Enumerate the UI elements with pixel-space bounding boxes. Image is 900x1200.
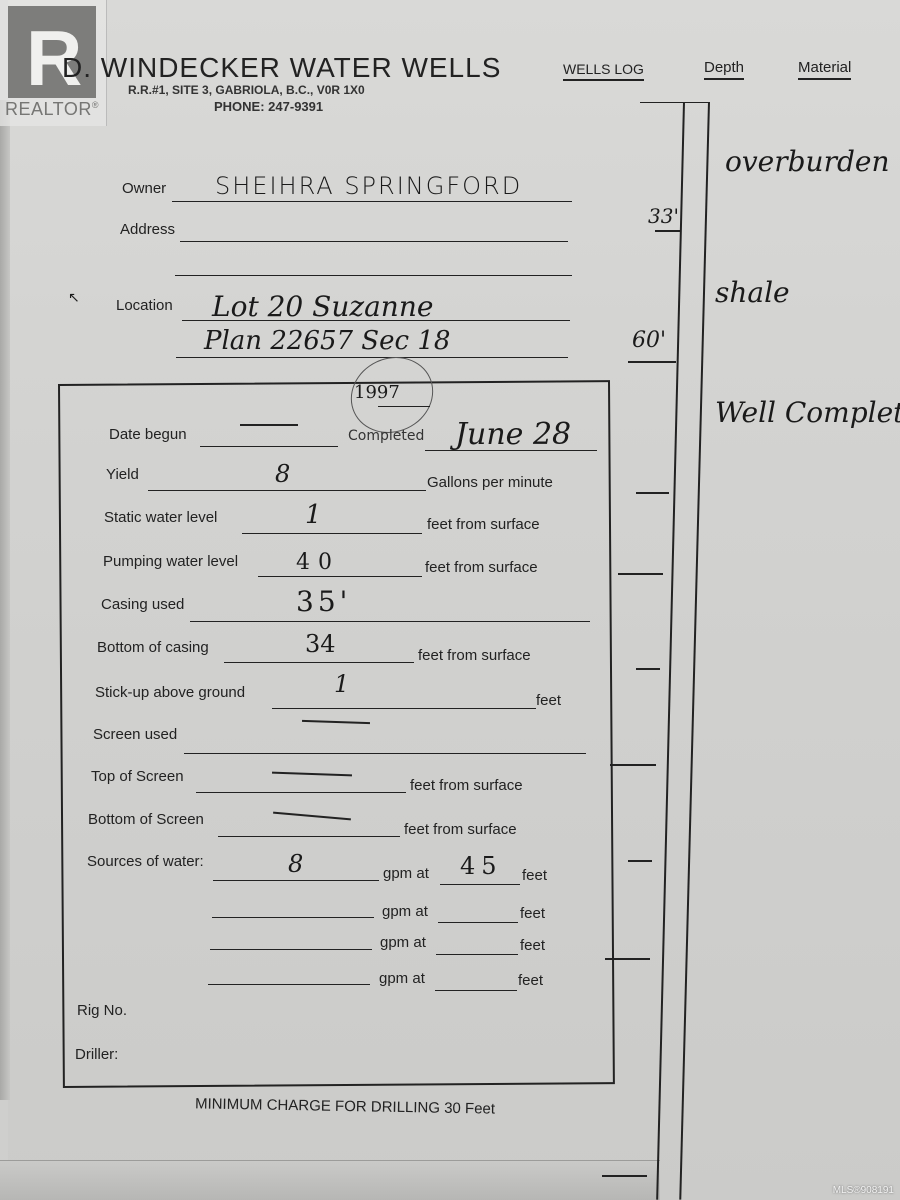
date-begun-dash <box>240 424 298 426</box>
address-label: Address <box>120 221 175 238</box>
static-level-label: Static water level <box>104 509 217 526</box>
source-4-gpm-label: gpm at <box>379 970 425 987</box>
pumping-level-line <box>258 576 422 577</box>
casing-used-line <box>190 621 590 622</box>
underlying-pages <box>0 1160 660 1200</box>
source-2-feet-line <box>438 922 518 923</box>
completed-label: Completed <box>348 428 424 444</box>
company-name: D. WINDECKER WATER WELLS <box>62 52 501 84</box>
stickup-value: 1 <box>334 670 349 698</box>
depth-tick <box>605 958 650 960</box>
source-1-gpm-line <box>213 880 379 881</box>
location-label: Location <box>116 297 173 314</box>
source-2-feet-label: feet <box>520 905 545 922</box>
depth-value-1: 33' <box>648 204 679 228</box>
depth-tick <box>618 573 663 575</box>
material-value-2: shale <box>715 276 790 309</box>
source-2-gpm-line <box>212 917 374 918</box>
casing-used-label: Casing used <box>101 596 184 613</box>
stickup-unit: feet <box>536 692 561 709</box>
location-value-2: Plan 22657 Sec 18 <box>204 326 450 356</box>
bottom-screen-unit: feet from surface <box>404 821 517 838</box>
sources-label: Sources of water: <box>87 853 204 870</box>
casing-used-value: 35' <box>296 585 351 618</box>
source-1-gpm-label: gpm at <box>383 865 429 882</box>
depth-tick <box>636 668 660 670</box>
rig-number-label: Rig No. <box>77 1002 127 1019</box>
location-line-2 <box>176 357 568 358</box>
depth-tick <box>610 764 656 766</box>
source-1-feet-value: 45 <box>460 852 503 880</box>
yield-unit: Gallons per minute <box>427 474 553 491</box>
year-line <box>378 406 430 407</box>
arrow-mark-icon: ↖ <box>68 290 80 306</box>
depth-tick <box>628 860 652 862</box>
yield-line <box>148 490 426 491</box>
bottom-casing-value: 34 <box>305 630 336 658</box>
bottom-screen-label: Bottom of Screen <box>88 811 204 828</box>
material-header: Material <box>798 59 851 80</box>
completed-value: June 28 <box>455 417 571 452</box>
owner-value: SHEIHRA SPRINGFORD <box>215 172 522 200</box>
log-top-line <box>640 102 710 103</box>
owner-label: Owner <box>122 180 166 197</box>
realtor-wordmark: REALTOR® <box>5 99 99 120</box>
wells-log-header: WELLS LOG <box>563 61 644 81</box>
depth-value-2: 60' <box>632 328 666 353</box>
date-begun-label: Date begun <box>109 426 187 443</box>
bottom-casing-line <box>224 662 414 663</box>
date-begun-line <box>200 446 338 447</box>
top-screen-label: Top of Screen <box>91 768 184 785</box>
source-1-feet-label: feet <box>522 867 547 884</box>
address-line-1 <box>180 241 568 242</box>
bottom-casing-unit: feet from surface <box>418 647 531 664</box>
source-2-gpm-label: gpm at <box>382 903 428 920</box>
top-screen-unit: feet from surface <box>410 777 523 794</box>
top-screen-line <box>196 792 406 793</box>
stickup-label: Stick-up above ground <box>95 684 245 701</box>
depth-header: Depth <box>704 59 744 80</box>
yield-label: Yield <box>106 466 139 483</box>
screen-used-label: Screen used <box>93 726 177 743</box>
source-3-feet-line <box>436 954 518 955</box>
source-4-feet-label: feet <box>518 972 543 989</box>
source-3-gpm-label: gpm at <box>380 934 426 951</box>
screen-used-line <box>184 753 586 754</box>
pumping-level-value: 40 <box>296 550 340 575</box>
owner-line <box>172 201 572 202</box>
static-level-unit: feet from surface <box>427 516 540 533</box>
source-4-feet-line <box>435 990 517 991</box>
source-1-gpm-value: 8 <box>288 850 303 878</box>
source-3-gpm-line <box>210 949 372 950</box>
location-value-1: Lot 20 Suzanne <box>212 290 433 323</box>
company-phone: PHONE: 247-9391 <box>214 99 323 114</box>
material-value-3: Well Completed <box>715 396 900 429</box>
material-value-1: overburden <box>725 145 890 178</box>
year-value: 1997 <box>354 382 400 403</box>
source-1-feet-line <box>440 884 520 885</box>
depth-tick-33 <box>655 230 680 232</box>
address-line-2 <box>175 275 572 276</box>
yield-value: 8 <box>275 460 290 488</box>
static-level-line <box>242 533 422 534</box>
bottom-screen-line <box>218 836 400 837</box>
pumping-level-unit: feet from surface <box>425 559 538 576</box>
page-edge <box>0 100 10 1100</box>
company-address: R.R.#1, SITE 3, GABRIOLA, B.C., V0R 1X0 <box>128 83 365 97</box>
depth-tick <box>636 492 669 494</box>
source-3-feet-label: feet <box>520 937 545 954</box>
stickup-line <box>272 708 536 709</box>
driller-label: Driller: <box>75 1046 118 1063</box>
depth-tick <box>602 1175 647 1177</box>
source-4-gpm-line <box>208 984 370 985</box>
depth-tick-60 <box>628 361 676 363</box>
pumping-level-label: Pumping water level <box>103 553 238 570</box>
static-level-value: 1 <box>305 500 322 530</box>
bottom-casing-label: Bottom of casing <box>97 639 209 656</box>
mls-id: MLS®908191 <box>833 1185 894 1196</box>
